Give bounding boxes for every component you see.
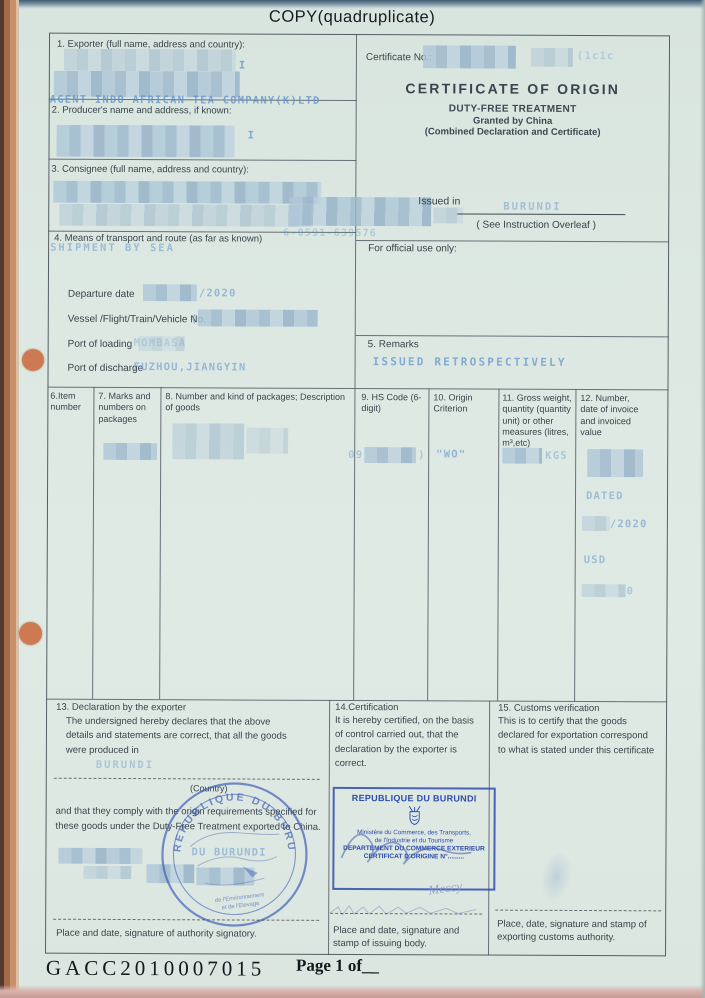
certificate-title: CERTIFICATE OF ORIGIN [359, 80, 667, 97]
stamp-mark-icon [243, 865, 258, 879]
typed-issued-in-country: BURUNDI [503, 201, 561, 213]
redacted-block [172, 423, 244, 459]
remarks-label: 5. Remarks [368, 339, 419, 352]
typed-stray-number: 6-0591-639576 [283, 228, 377, 239]
redacted-block [423, 45, 516, 68]
port-of-loading-label: Port of loading [68, 339, 133, 352]
col-header-invoice: 12. Number, date of invoice and invoiced… [580, 393, 642, 438]
typed-declaration-country: BURUNDI [96, 759, 154, 771]
declaration-body: The undersigned hereby declares that the… [66, 715, 299, 759]
departure-date-label: Departure date [68, 289, 135, 302]
consignee-label: 3. Consignee (full name, address and cou… [51, 164, 249, 177]
certification-body: It is hereby certified, on the basis of … [335, 714, 483, 772]
redacted-block [364, 447, 416, 463]
typed-port-of-discharge: FUZHOU,JIANGYIN [134, 361, 247, 373]
issued-in-label: Issued in [418, 195, 460, 207]
col-header-item: 6.Item number [50, 391, 90, 414]
typed-hs-code-suffix: ) [418, 449, 426, 461]
col-header-weight: 11. Gross weight, quantity (quantity uni… [502, 393, 572, 450]
customs-body: This is to certify that the goods declar… [498, 715, 656, 758]
typed-fragment: I [239, 60, 247, 72]
typed-invoice-dated: DATED [586, 490, 624, 502]
official-use-label: For official use only: [368, 243, 457, 256]
redacted-block [531, 48, 573, 67]
redacted-block [587, 449, 643, 477]
rect-stamp-line1: REPUBLIQUE DU BURUNDI [352, 793, 477, 804]
typed-departure-year: /2020 [199, 287, 237, 299]
customs-label: 15. Customs verification [498, 703, 599, 715]
typed-origin-criterion: "WO" [436, 448, 466, 460]
redacted-block [289, 197, 431, 227]
redacted-block [59, 204, 311, 227]
scanned-certificate-page: { "scan": { "copy_label": "COPY(quadrupl… [0, 0, 705, 998]
typed-invoice-year: /2020 [610, 518, 648, 530]
certification-footer: Place and date, signature and stamp of i… [333, 924, 481, 951]
redacted-block [502, 448, 542, 464]
typed-hs-code-prefix: 09 [348, 449, 363, 461]
col-header-hs-code: 9. HS Code (6-digit) [361, 392, 423, 415]
typed-weight-unit: KGS [545, 450, 568, 462]
typed-fragment: (1c1c [577, 50, 615, 62]
port-of-discharge-label: Port of discharge [68, 363, 144, 376]
redacted-block [582, 584, 626, 597]
overleaf-note: ( See Instruction Overleaf ) [416, 219, 656, 231]
certification-label: 14.Certification [335, 702, 398, 714]
typed-remarks-value: ISSUED RETROSPECTIVELY [373, 355, 567, 369]
redacted-block [103, 443, 157, 460]
paper-sheet: COPY(quadruplicate) 1. Exporter (full na… [0, 0, 705, 998]
redacted-block [246, 428, 288, 454]
redacted-block [139, 336, 185, 351]
typed-invoice-amount-fragment: 0 [627, 585, 635, 597]
col-header-packages: 8. Number and kind of packages; Descript… [165, 391, 350, 414]
customs-footer: Place, date, signature and stamp of expo… [497, 918, 657, 945]
subtitle-duty-free: DUTY-FREE TREATMENT [359, 103, 667, 115]
redacted-block [198, 309, 318, 327]
redacted-block [58, 848, 142, 864]
redacted-block [56, 125, 234, 158]
declaration-footer: Place and date, signature of authority s… [56, 928, 316, 941]
col-header-marks: 7. Marks and numbers on packages [98, 391, 156, 425]
copy-type-label: COPY(quadruplicate) [202, 7, 502, 27]
producer-label: 2. Producer's name and address, if known… [52, 105, 232, 118]
typed-fragment: I [248, 130, 256, 142]
redacted-block [64, 49, 236, 72]
typed-invoice-currency: USD [584, 554, 607, 566]
vessel-label: Vessel /Flight/Train/Vehicle No. [68, 314, 206, 327]
subtitle-combined: (Combined Declaration and Certificate) [359, 126, 667, 138]
pen-scribble [328, 899, 493, 920]
signature-scribble [336, 818, 486, 879]
redacted-block [53, 181, 321, 204]
declaration-label: 13. Declaration by the exporter [56, 702, 186, 714]
redacted-block [582, 516, 610, 531]
redacted-block [143, 284, 197, 301]
redacted-block [83, 866, 131, 879]
typed-shipment-mode: SHIPMENT BY SEA [50, 242, 175, 255]
col-header-origin: 10. Origin Criterion [433, 392, 491, 415]
gacc-number: GACC2010007015 [46, 956, 265, 982]
page-number-label: Page 1 of__ [296, 956, 379, 976]
